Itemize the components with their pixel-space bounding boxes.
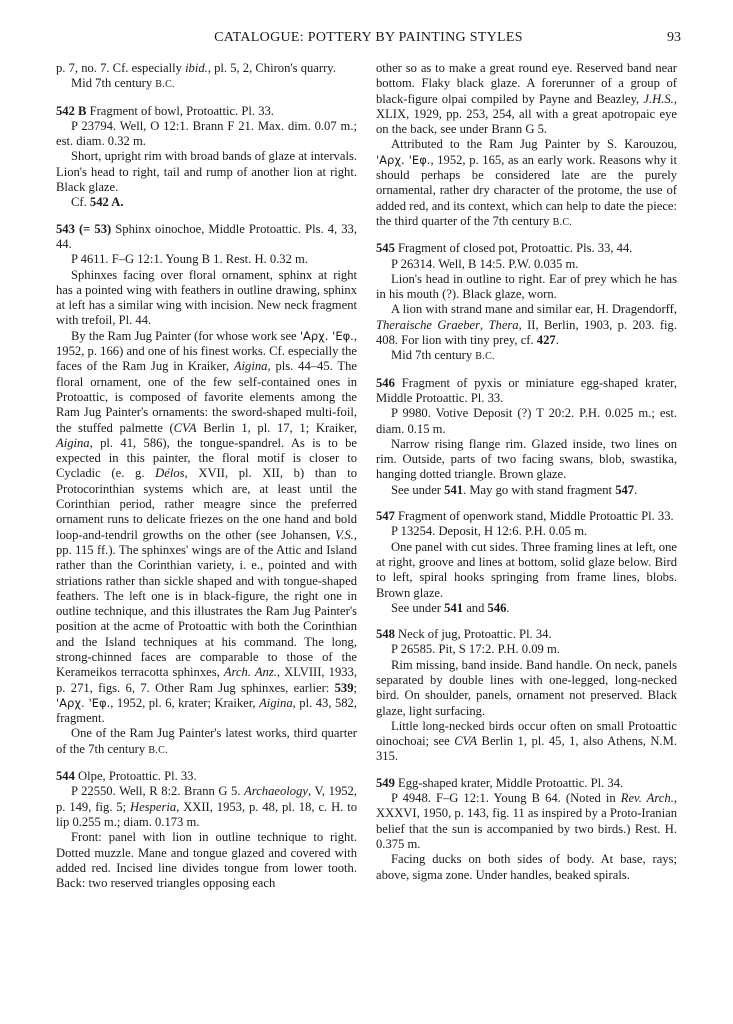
entry-title: Fragment of bowl, Protoattic. Pl. 33.	[90, 104, 274, 118]
entry-number: 544	[56, 769, 75, 783]
entry-crossref: Cf. 542 A.	[56, 195, 357, 210]
right-column: other so as to make a great round eye. R…	[376, 61, 677, 883]
entry-heading: 549 Egg-shaped krater, Middle Protoattic…	[376, 776, 677, 791]
entry-commentary: A lion with strand mane and similar ear,…	[376, 302, 677, 348]
entry-inventory: P 4948. F–G 12:1. Young B 64. (Noted in …	[376, 791, 677, 852]
entry-date: One of the Ram Jug Painter's latest work…	[56, 726, 357, 758]
entry-heading: 543 (= 53) Sphinx oinochoe, Middle Proto…	[56, 222, 357, 253]
entry-heading: 548 Neck of jug, Protoattic. Pl. 34.	[376, 627, 677, 642]
entry-description: Lion's head in outline to right. Ear of …	[376, 272, 677, 303]
catalogue-entry-549: 549 Egg-shaped krater, Middle Protoattic…	[376, 776, 677, 883]
entry-description: Narrow rising flange rim. Glazed inside,…	[376, 437, 677, 483]
entry-title: Fragment of openwork stand, Middle Proto…	[398, 509, 674, 523]
catalogue-entry-546: 546 Fragment of pyxis or miniature egg-s…	[376, 376, 677, 498]
catalogue-entry-547: 547 Fragment of openwork stand, Middle P…	[376, 509, 677, 616]
entry-heading: 544 Olpe, Protoattic. Pl. 33.	[56, 769, 357, 784]
entry-inventory: P 26585. Pit, S 17:2. P.H. 0.09 m.	[376, 642, 677, 657]
entry-inventory: P 13254. Deposit, H 12:6. P.H. 0.05 m.	[376, 524, 677, 539]
entry-number: 546	[376, 376, 395, 390]
continuation-text: other so as to make a great round eye. R…	[376, 61, 677, 137]
entry-title: Egg-shaped krater, Middle Protoattic. Pl…	[398, 776, 623, 790]
catalogue-entry-543: 543 (= 53) Sphinx oinochoe, Middle Proto…	[56, 222, 357, 758]
page-number: 93	[667, 30, 681, 46]
entry-alt-number: (= 53)	[79, 222, 111, 236]
entry-inventory: P 9980. Votive Deposit (?) T 20:2. P.H. …	[376, 406, 677, 437]
continuation-block: p. 7, no. 7. Cf. especially ibid., pl. 5…	[56, 61, 357, 93]
entry-title: Olpe, Protoattic. Pl. 33.	[78, 769, 197, 783]
catalogue-entry-542b: 542 B Fragment of bowl, Protoattic. Pl. …	[56, 104, 357, 211]
entry-heading: 547 Fragment of openwork stand, Middle P…	[376, 509, 677, 524]
entry-description: Short, upright rim with broad bands of g…	[56, 149, 357, 195]
entry-heading: 545 Fragment of closed pot, Protoattic. …	[376, 241, 677, 256]
running-title: CATALOGUE: POTTERY BY PAINTING STYLES	[56, 30, 681, 46]
entry-inventory: P 26314. Well, B 14:5. P.W. 0.035 m.	[376, 257, 677, 272]
entry-description: One panel with cut sides. Three framing …	[376, 540, 677, 601]
entry-crossref: See under 541. May go with stand fragmen…	[376, 483, 677, 498]
catalogue-entry-545: 545 Fragment of closed pot, Protoattic. …	[376, 241, 677, 364]
date-line: Mid 7th century B.C.	[56, 76, 357, 92]
entry-commentary: Little long-necked birds occur often on …	[376, 719, 677, 765]
entry-heading: 542 B Fragment of bowl, Protoattic. Pl. …	[56, 104, 357, 119]
entry-title: Fragment of closed pot, Protoattic. Pls.…	[398, 241, 632, 255]
entry-title: Neck of jug, Protoattic. Pl. 34.	[398, 627, 552, 641]
catalogue-entry-548: 548 Neck of jug, Protoattic. Pl. 34. P 2…	[376, 627, 677, 765]
left-column: p. 7, no. 7. Cf. especially ibid., pl. 5…	[56, 61, 357, 891]
entry-number: 542 B	[56, 104, 86, 118]
entry-description: Sphinxes facing over floral ornament, sp…	[56, 268, 357, 329]
continuation-commentary: Attributed to the Ram Jug Painter by S. …	[376, 137, 677, 230]
entry-heading: 546 Fragment of pyxis or miniature egg-s…	[376, 376, 677, 407]
entry-inventory: P 22550. Well, R 8:2. Brann G 5. Archaeo…	[56, 784, 357, 830]
entry-description: Front: panel with lion in outline techni…	[56, 830, 357, 891]
entry-number: 543	[56, 222, 75, 236]
entry-inventory: P 23794. Well, O 12:1. Brann F 21. Max. …	[56, 119, 357, 150]
entry-number: 548	[376, 627, 395, 641]
page-header: CATALOGUE: POTTERY BY PAINTING STYLES 93	[56, 30, 681, 50]
entry-number: 549	[376, 776, 395, 790]
entry-description: Facing ducks on both sides of body. At b…	[376, 852, 677, 883]
entry-description: Rim missing, band inside. Band handle. O…	[376, 658, 677, 719]
catalogue-entry-544: 544 Olpe, Protoattic. Pl. 33. P 22550. W…	[56, 769, 357, 891]
entry-number: 545	[376, 241, 395, 255]
continuation-text: p. 7, no. 7. Cf. especially ibid., pl. 5…	[56, 61, 357, 76]
entry-date: Mid 7th century B.C.	[376, 348, 677, 364]
entry-title: Fragment of pyxis or miniature egg-shape…	[376, 376, 677, 405]
continuation-block: other so as to make a great round eye. R…	[376, 61, 677, 230]
entry-commentary: By the Ram Jug Painter (for whose work s…	[56, 329, 357, 727]
entry-number: 547	[376, 509, 395, 523]
entry-crossref: See under 541 and 546.	[376, 601, 677, 616]
entry-inventory: P 4611. F–G 12:1. Young B 1. Rest. H. 0.…	[56, 252, 357, 267]
continuation-text-rich: p. 7, no. 7. Cf. especially ibid., pl. 5…	[56, 61, 336, 75]
